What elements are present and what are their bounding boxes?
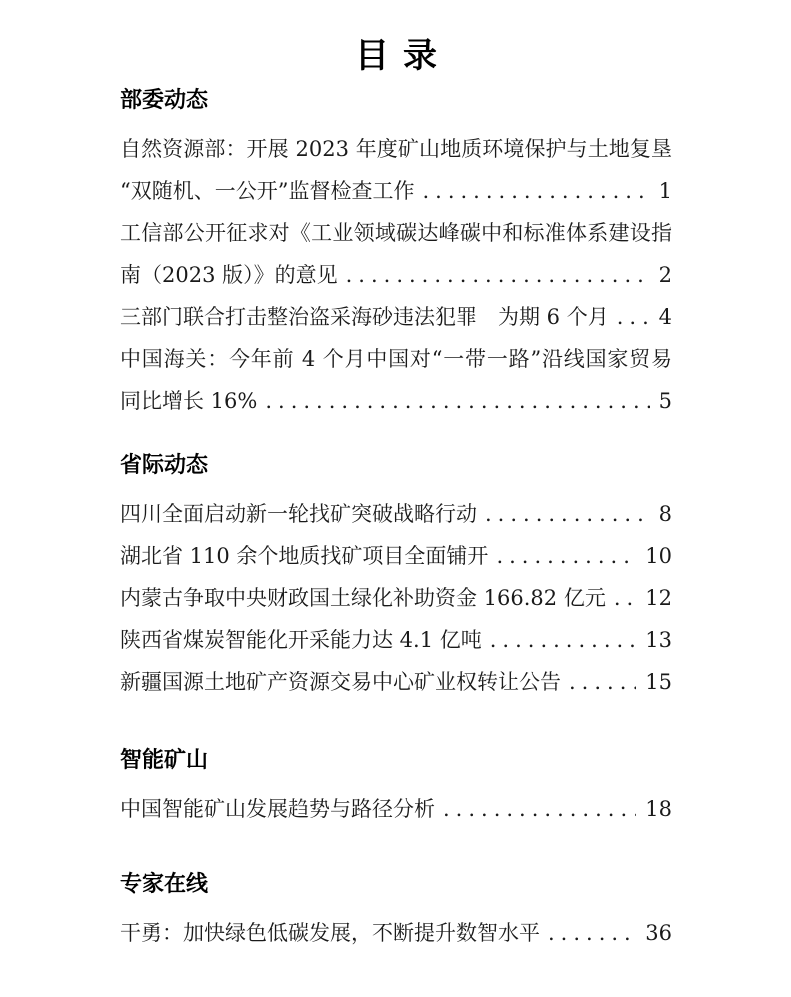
page-number: 36	[645, 912, 672, 954]
toc-entry[interactable]: 三部门联合打击整治盗采海砂违法犯罪 为期 6 个月...............…	[120, 296, 672, 338]
toc-sections: 部委动态自然资源部：开展 2023 年度矿山地质环境保护与土地复垦“双随机、一公…	[120, 88, 672, 954]
toc-entry[interactable]: 陕西省煤炭智能化开采能力达 4.1 亿吨....................…	[120, 619, 672, 661]
page-number: 2	[659, 254, 672, 296]
toc-entry-title: 湖北省 110 余个地质找矿项目全面铺开	[120, 535, 488, 577]
toc-entry-line: 同比增长 16%................................…	[120, 380, 672, 422]
toc-entry-title: 内蒙古争取中央财政国土绿化补助资金 166.82 亿元	[120, 577, 606, 619]
dot-leader: ........................................…	[422, 170, 649, 212]
toc-entry-title: “双随机、一公开”监督检查工作	[120, 170, 414, 212]
toc-entry-title: 工信部公开征求对《工业领域碳达峰碳中和标准体系建设指	[120, 221, 672, 245]
dot-leader: ........................................…	[265, 380, 649, 422]
toc-entry-line: 湖北省 110 余个地质找矿项目全面铺开....................…	[120, 535, 672, 577]
toc-entry[interactable]: 湖北省 110 余个地质找矿项目全面铺开....................…	[120, 535, 672, 577]
section-heading: 智能矿山	[120, 748, 672, 774]
toc-entry-title: 陕西省煤炭智能化开采能力达 4.1 亿吨	[120, 619, 482, 661]
toc-entry-title: 新疆国源土地矿产资源交易中心矿业权转让公告	[120, 661, 561, 703]
dot-leader: ........................................…	[346, 254, 650, 296]
toc-entry-line: 自然资源部：开展 2023 年度矿山地质环境保护与土地复垦	[120, 128, 672, 170]
toc-section: 专家在线干勇：加快绿色低碳发展，不断提升数智水平................…	[120, 872, 672, 954]
toc-page: 目录 部委动态自然资源部：开展 2023 年度矿山地质环境保护与土地复垦“双随机…	[0, 0, 791, 997]
dot-leader: ........................................…	[614, 577, 636, 619]
toc-entry-line: “双随机、一公开”监督检查工作.........................…	[120, 170, 672, 212]
toc-entry-title: 南（2023 版）》的意见	[120, 254, 338, 296]
toc-entry-title: 三部门联合打击整治盗采海砂违法犯罪 为期 6 个月	[120, 296, 609, 338]
toc-entry[interactable]: 新疆国源土地矿产资源交易中心矿业权转让公告...................…	[120, 661, 672, 703]
toc-entry-line: 内蒙古争取中央财政国土绿化补助资金 166.82 亿元.............…	[120, 577, 672, 619]
page-number: 13	[645, 619, 672, 661]
page-number: 18	[645, 788, 672, 830]
toc-entry[interactable]: 内蒙古争取中央财政国土绿化补助资金 166.82 亿元.............…	[120, 577, 672, 619]
toc-entry-line: 中国智能矿山发展趋势与路径分析.........................…	[120, 788, 672, 830]
page-number: 1	[659, 170, 672, 212]
toc-entry-line: 新疆国源土地矿产资源交易中心矿业权转让公告...................…	[120, 661, 672, 703]
dot-leader: ........................................…	[617, 296, 650, 338]
page-number: 4	[659, 296, 672, 338]
page-number: 10	[645, 535, 672, 577]
page-number: 5	[659, 380, 672, 422]
page-title: 目录	[120, 36, 672, 76]
toc-entry[interactable]: 自然资源部：开展 2023 年度矿山地质环境保护与土地复垦“双随机、一公开”监督…	[120, 128, 672, 212]
dot-leader: ........................................…	[496, 535, 636, 577]
toc-entry-title: 自然资源部：开展 2023 年度矿山地质环境保护与土地复垦	[120, 137, 672, 161]
toc-entry-title: 干勇：加快绿色低碳发展，不断提升数智水平	[120, 912, 540, 954]
dot-leader: ........................................…	[548, 912, 636, 954]
toc-entry-line: 干勇：加快绿色低碳发展，不断提升数智水平....................…	[120, 912, 672, 954]
dot-leader: ........................................…	[443, 788, 636, 830]
toc-entry-line: 南（2023 版）》的意见...........................…	[120, 254, 672, 296]
toc-entry[interactable]: 中国海关：今年前 4 个月中国对“一带一路”沿线国家贸易同比增长 16%....…	[120, 338, 672, 422]
page-number: 8	[659, 493, 672, 535]
toc-entry-title: 同比增长 16%	[120, 380, 257, 422]
toc-entry-title: 中国海关：今年前 4 个月中国对“一带一路”沿线国家贸易	[120, 347, 672, 371]
toc-entry-line: 中国海关：今年前 4 个月中国对“一带一路”沿线国家贸易	[120, 338, 672, 380]
toc-section: 智能矿山中国智能矿山发展趋势与路径分析.....................…	[120, 748, 672, 830]
toc-entry-line: 三部门联合打击整治盗采海砂违法犯罪 为期 6 个月...............…	[120, 296, 672, 338]
dot-leader: ........................................…	[490, 619, 637, 661]
section-heading: 专家在线	[120, 872, 672, 898]
dot-leader: ........................................…	[485, 493, 650, 535]
toc-entry-title: 中国智能矿山发展趋势与路径分析	[120, 788, 435, 830]
section-heading: 部委动态	[120, 88, 672, 114]
dot-leader: ........................................…	[569, 661, 636, 703]
section-heading: 省际动态	[120, 453, 672, 479]
page-number: 15	[645, 661, 672, 703]
toc-entry-line: 工信部公开征求对《工业领域碳达峰碳中和标准体系建设指	[120, 212, 672, 254]
page-number: 12	[645, 577, 672, 619]
toc-entry-line: 四川全面启动新一轮找矿突破战略行动.......................…	[120, 493, 672, 535]
toc-section: 省际动态四川全面启动新一轮找矿突破战略行动...................…	[120, 453, 672, 703]
toc-entry[interactable]: 干勇：加快绿色低碳发展，不断提升数智水平....................…	[120, 912, 672, 954]
toc-entry[interactable]: 中国智能矿山发展趋势与路径分析.........................…	[120, 788, 672, 830]
toc-entry[interactable]: 工信部公开征求对《工业领域碳达峰碳中和标准体系建设指南（2023 版）》的意见.…	[120, 212, 672, 296]
toc-section: 部委动态自然资源部：开展 2023 年度矿山地质环境保护与土地复垦“双随机、一公…	[120, 88, 672, 422]
toc-entry[interactable]: 四川全面启动新一轮找矿突破战略行动.......................…	[120, 493, 672, 535]
toc-entry-line: 陕西省煤炭智能化开采能力达 4.1 亿吨....................…	[120, 619, 672, 661]
toc-entry-title: 四川全面启动新一轮找矿突破战略行动	[120, 493, 477, 535]
